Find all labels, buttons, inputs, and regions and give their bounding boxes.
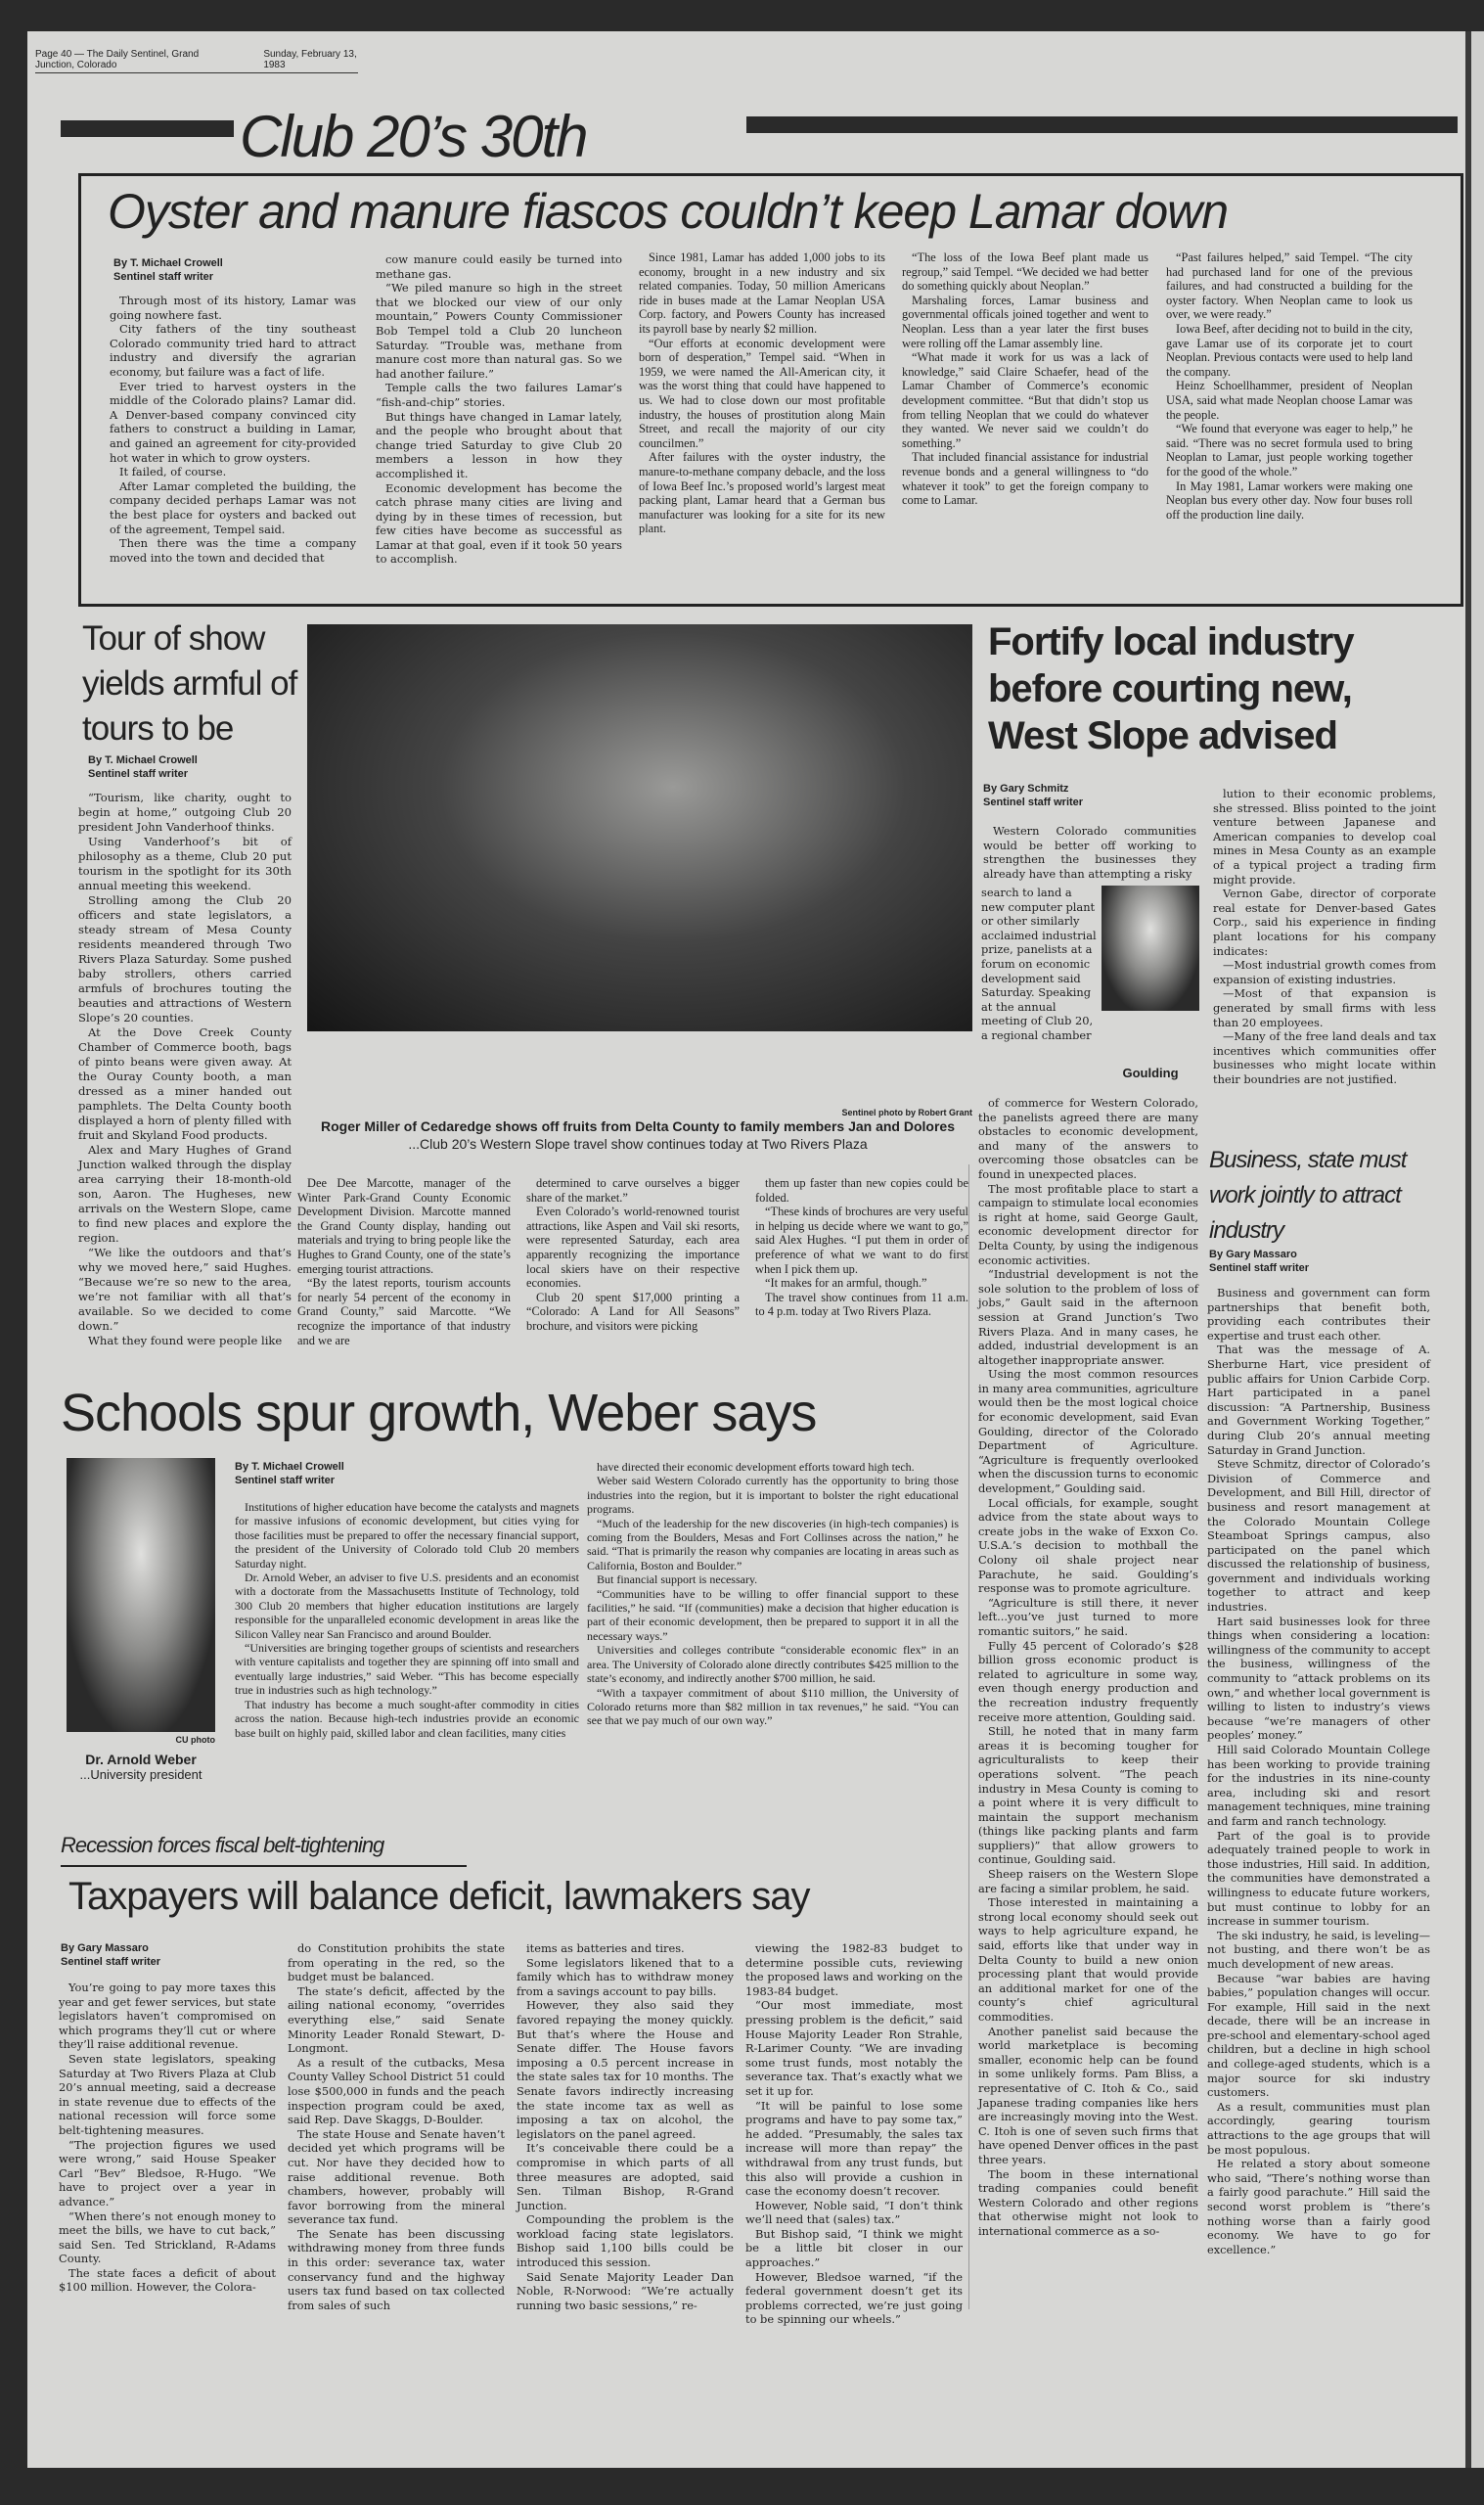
paragraph: Local officials, for example, sought adv… bbox=[978, 1496, 1198, 1596]
paragraph: “Agriculture is still there, it never le… bbox=[978, 1596, 1198, 1639]
taxpayers-kicker: Recession forces fiscal belt-tightening bbox=[61, 1832, 383, 1859]
paragraph: them up faster than new copies could be … bbox=[755, 1176, 968, 1205]
section-title: Club 20’s 30th bbox=[240, 108, 587, 166]
fortify-headline: Fortify local industry before courting n… bbox=[988, 618, 1448, 759]
paragraph: But Bishop said, “I think we might be a … bbox=[745, 2227, 963, 2270]
paragraph: That industry has become a much sought-a… bbox=[235, 1698, 579, 1740]
paragraph: —Most industrial growth comes from expan… bbox=[1213, 958, 1436, 986]
paragraph: Dee Dee Marcotte, manager of the Winter … bbox=[297, 1176, 511, 1276]
photo-subcaption: ...Club 20’s Western Slope travel show c… bbox=[303, 1136, 972, 1152]
lamar-column-4: “The loss of the Iowa Beef plant made us… bbox=[902, 250, 1148, 508]
paragraph: The Senate has been discussing withdrawi… bbox=[288, 2227, 505, 2313]
portrait-caption: Goulding bbox=[1105, 1067, 1195, 1080]
paragraph: Fully 45 percent of Colorado’s $28 billi… bbox=[978, 1639, 1198, 1725]
paragraph: He related a story about someone who sai… bbox=[1207, 2157, 1430, 2256]
paragraph: After Lamar completed the building, the … bbox=[110, 479, 356, 536]
paragraph: Because “war babies are having babies,” … bbox=[1207, 1972, 1430, 2100]
business-headline: Business, state must work jointly to att… bbox=[1209, 1143, 1440, 1249]
paragraph: —Many of the free land deals and tax inc… bbox=[1213, 1029, 1436, 1086]
paragraph: Economic development has become the catc… bbox=[376, 481, 622, 568]
schools-headline: Schools spur growth, Weber says bbox=[61, 1385, 970, 1441]
paragraph: “Past failures helped,” said Tempel. “Th… bbox=[1166, 250, 1413, 322]
lamar-column-3: Since 1981, Lamar has added 1,000 jobs t… bbox=[639, 250, 885, 536]
paragraph: However, Bledsoe warned, “if the federal… bbox=[745, 2270, 963, 2327]
paragraph: Ever tried to harvest oysters in the mid… bbox=[110, 380, 356, 466]
paragraph: Universities and colleges contribute “co… bbox=[587, 1643, 959, 1685]
fortify-column-2: lution to their economic problems, she s… bbox=[1213, 787, 1436, 1086]
paragraph: City fathers of the tiny southeast Color… bbox=[110, 322, 356, 379]
caption-title: ...University president bbox=[67, 1767, 215, 1782]
paragraph: “These kinds of brochures are very usefu… bbox=[755, 1205, 968, 1276]
paragraph: “Universities are bringing together grou… bbox=[235, 1641, 579, 1698]
paragraph: “Our efforts at economic development wer… bbox=[639, 337, 885, 451]
paragraph: Part of the goal is to provide adequatel… bbox=[1207, 1829, 1430, 1929]
goulding-portrait bbox=[1102, 886, 1199, 1011]
page-masthead: Page 40 — The Daily Sentinel, Grand Junc… bbox=[35, 49, 358, 73]
paragraph: “When there’s not enough money to meet t… bbox=[59, 2209, 276, 2266]
travel-show-photo bbox=[307, 624, 972, 1031]
lamar-column-5: “Past failures helped,” said Tempel. “Th… bbox=[1166, 250, 1413, 522]
paragraph: At the Dove Creek County Chamber of Comm… bbox=[78, 1025, 292, 1143]
paragraph: As a result of the cutbacks, Mesa County… bbox=[288, 2056, 505, 2127]
tour-left-column: “Tourism, like charity, ought to begin a… bbox=[78, 791, 292, 1348]
paragraph: “We found that everyone was eager to hel… bbox=[1166, 422, 1413, 478]
fortify-column-1: of commerce for Western Colorado, the pa… bbox=[978, 1096, 1198, 2239]
paragraph: Since 1981, Lamar has added 1,000 jobs t… bbox=[639, 250, 885, 337]
tour-headline: Tour of show yields armful of tours to b… bbox=[82, 616, 297, 751]
byline-role: Sentinel staff writer bbox=[61, 1955, 276, 1969]
paragraph: —Most of that expansion is generated by … bbox=[1213, 986, 1436, 1029]
taxpayers-byline: By Gary Massaro Sentinel staff writer bbox=[61, 1941, 276, 1969]
section-rule-left bbox=[61, 120, 234, 137]
paragraph: The boom in these international trading … bbox=[978, 2167, 1198, 2239]
paragraph: Hill said Colorado Mountain College has … bbox=[1207, 1743, 1430, 1829]
paragraph: You’re going to pay more taxes this year… bbox=[59, 1981, 276, 2052]
paragraph: In May 1981, Lamar workers were making o… bbox=[1166, 479, 1413, 523]
paragraph: Dr. Arnold Weber, an adviser to five U.S… bbox=[235, 1571, 579, 1641]
paragraph: However, they also said they favored rep… bbox=[517, 1998, 734, 2141]
paragraph: Compounding the problem is the workload … bbox=[517, 2212, 734, 2269]
paragraph: “Communities have to be willing to offer… bbox=[587, 1587, 959, 1644]
weber-portrait bbox=[67, 1458, 215, 1732]
byline-role: Sentinel staff writer bbox=[983, 796, 1198, 809]
adjacent-page-edge bbox=[1465, 31, 1484, 2468]
paragraph: Alex and Mary Hughes of Grand Junction w… bbox=[78, 1143, 292, 1246]
paragraph: Weber said Western Colorado currently ha… bbox=[587, 1474, 959, 1516]
paragraph: Temple calls the two failures Lamar’s “f… bbox=[376, 381, 622, 409]
taxpayers-headline: Taxpayers will balance deficit, lawmaker… bbox=[68, 1874, 968, 1919]
paragraph: cow manure could easily be turned into m… bbox=[376, 252, 622, 281]
paragraph: “It makes for an armful, though.” bbox=[755, 1276, 968, 1291]
taxpayers-column-1: You’re going to pay more taxes this year… bbox=[59, 1981, 276, 2295]
paragraph: The most profitable place to start a cam… bbox=[978, 1182, 1198, 1268]
kicker-rule bbox=[61, 1865, 467, 1867]
paragraph: “Industrial development is not the sole … bbox=[978, 1267, 1198, 1367]
column-divider bbox=[968, 1164, 969, 2309]
paragraph: Those interested in maintaining a strong… bbox=[978, 1895, 1198, 2024]
photo-caption: Roger Miller of Cedaredge shows off frui… bbox=[303, 1118, 972, 1134]
issue-date: Sunday, February 13, 1983 bbox=[263, 49, 358, 70]
paragraph: Another panelist said because the world … bbox=[978, 2025, 1198, 2167]
paragraph: “We piled manure so high in the street t… bbox=[376, 281, 622, 381]
taxpayers-column-3: items as batteries and tires.Some legisl… bbox=[517, 1941, 734, 2312]
paragraph: The travel show continues from 11 a.m. t… bbox=[755, 1291, 968, 1319]
tour-byline: By T. Michael Crowell Sentinel staff wri… bbox=[88, 753, 293, 781]
paragraph: Said Senate Majority Leader Dan Noble, R… bbox=[517, 2270, 734, 2313]
fortify-column-1-wrap: search to land a new computer plant or o… bbox=[981, 886, 1097, 1043]
paragraph: “It will be painful to lose some program… bbox=[745, 2099, 963, 2199]
taxpayers-column-2: do Constitution prohibits the state from… bbox=[288, 1941, 505, 2312]
paragraph: Western Colorado communities would be be… bbox=[983, 824, 1196, 881]
fortify-column-1-top: Western Colorado communities would be be… bbox=[983, 824, 1196, 881]
tour-column-4: them up faster than new copies could be … bbox=[755, 1176, 968, 1319]
paragraph: Using Vanderhoof’s bit of philosophy as … bbox=[78, 835, 292, 893]
paragraph: After failures with the oyster industry,… bbox=[639, 450, 885, 536]
paragraph: Hart said businesses look for three thin… bbox=[1207, 1615, 1430, 1743]
byline-role: Sentinel staff writer bbox=[113, 270, 353, 284]
paragraph: “With a taxpayer commitment of about $11… bbox=[587, 1686, 959, 1728]
paragraph: Club 20 spent $17,000 printing a “Colora… bbox=[526, 1291, 740, 1334]
lamar-column-1: Through most of its history, Lamar was g… bbox=[110, 294, 356, 565]
paragraph: Institutions of higher education have be… bbox=[235, 1500, 579, 1571]
paragraph: But things have changed in Lamar lately,… bbox=[376, 410, 622, 481]
taxpayers-column-4: viewing the 1982-83 budget to determine … bbox=[745, 1941, 963, 2327]
byline-role: Sentinel staff writer bbox=[1209, 1261, 1424, 1275]
paragraph: The state House and Senate haven’t decid… bbox=[288, 2127, 505, 2227]
paragraph: That was the message of A. Sherburne Har… bbox=[1207, 1343, 1430, 1457]
tour-column-2: Dee Dee Marcotte, manager of the Winter … bbox=[297, 1176, 511, 1347]
paragraph: do Constitution prohibits the state from… bbox=[288, 1941, 505, 1984]
schools-byline: By T. Michael Crowell Sentinel staff wri… bbox=[235, 1460, 450, 1487]
paragraph: Strolling among the Club 20 officers and… bbox=[78, 893, 292, 1025]
section-rule-right bbox=[746, 116, 1458, 133]
paragraph: Some legislators likened that to a famil… bbox=[517, 1956, 734, 1999]
paragraph: Iowa Beef, after deciding not to build i… bbox=[1166, 322, 1413, 379]
paragraph: viewing the 1982-83 budget to determine … bbox=[745, 1941, 963, 1998]
photo-credit: Sentinel photo by Robert Grant bbox=[685, 1108, 972, 1117]
publication-line: Page 40 — The Daily Sentinel, Grand Junc… bbox=[35, 49, 234, 70]
paragraph: “The loss of the Iowa Beef plant made us… bbox=[902, 250, 1148, 294]
byline-name: By T. Michael Crowell bbox=[88, 753, 293, 767]
schools-column-1: Institutions of higher education have be… bbox=[235, 1500, 579, 1740]
tour-column-3: determined to carve ourselves a bigger s… bbox=[526, 1176, 740, 1334]
byline-name: By T. Michael Crowell bbox=[113, 256, 353, 270]
paragraph: It’s conceivable there could be a compro… bbox=[517, 2141, 734, 2212]
paragraph: determined to carve ourselves a bigger s… bbox=[526, 1176, 740, 1205]
business-byline: By Gary Massaro Sentinel staff writer bbox=[1209, 1248, 1424, 1275]
business-column: Business and government can form partner… bbox=[1207, 1286, 1430, 2256]
schools-column-2: have directed their economic development… bbox=[587, 1460, 959, 1728]
paragraph: Heinz Schoellhammer, president of Neopla… bbox=[1166, 379, 1413, 422]
paragraph: Then there was the time a company moved … bbox=[110, 536, 356, 565]
paragraph: It failed, of course. bbox=[110, 465, 356, 479]
byline-name: By Gary Massaro bbox=[61, 1941, 276, 1955]
paragraph: But financial support is necessary. bbox=[587, 1572, 959, 1586]
paragraph: Seven state legislators, speaking Saturd… bbox=[59, 2052, 276, 2138]
paragraph: lution to their economic problems, she s… bbox=[1213, 787, 1436, 887]
weber-caption: Dr. Arnold Weber ...University president bbox=[67, 1752, 215, 1782]
paragraph: That included financial assistance for i… bbox=[902, 450, 1148, 507]
paragraph: items as batteries and tires. bbox=[517, 1941, 734, 1956]
paragraph: Sheep raisers on the Western Slope are f… bbox=[978, 1867, 1198, 1895]
paragraph: “Much of the leadership for the new disc… bbox=[587, 1517, 959, 1573]
paragraph: The ski industry, he said, is leveling—n… bbox=[1207, 1929, 1430, 1972]
lamar-column-2: cow manure could easily be turned into m… bbox=[376, 252, 622, 567]
paragraph: “The projection figures we used were wro… bbox=[59, 2138, 276, 2209]
paragraph: “By the latest reports, tourism accounts… bbox=[297, 1276, 511, 1347]
paragraph: “What made it work for us was a lack of … bbox=[902, 350, 1148, 450]
caption-name: Dr. Arnold Weber bbox=[67, 1752, 215, 1767]
paragraph: The state’s deficit, affected by the ail… bbox=[288, 1984, 505, 2056]
lamar-headline: Oyster and manure fiascos couldn’t keep … bbox=[108, 184, 1228, 239]
paragraph: Through most of its history, Lamar was g… bbox=[110, 294, 356, 322]
paragraph: “Our most immediate, most pressing probl… bbox=[745, 1998, 963, 2098]
paragraph: “Tourism, like charity, ought to begin a… bbox=[78, 791, 292, 835]
paragraph: The state faces a deficit of about $100 … bbox=[59, 2266, 276, 2295]
paragraph: What they found were people like bbox=[78, 1334, 292, 1348]
photo-credit: CU photo bbox=[147, 1735, 215, 1745]
paragraph: Even Colorado’s world-renowned tourist a… bbox=[526, 1205, 740, 1291]
byline-name: By T. Michael Crowell bbox=[235, 1460, 450, 1474]
paragraph: Vernon Gabe, director of corporate real … bbox=[1213, 887, 1436, 958]
paragraph: As a result, communities must plan accor… bbox=[1207, 2100, 1430, 2157]
paragraph: Still, he noted that in many farm areas … bbox=[978, 1724, 1198, 1867]
paragraph: Marshaling forces, Lamar business and go… bbox=[902, 294, 1148, 350]
paragraph: Using the most common resources in many … bbox=[978, 1367, 1198, 1495]
paragraph: “We like the outdoors and that’s why we … bbox=[78, 1246, 292, 1334]
fortify-byline: By Gary Schmitz Sentinel staff writer bbox=[983, 782, 1198, 809]
byline-name: By Gary Massaro bbox=[1209, 1248, 1424, 1261]
paragraph: However, Noble said, “I don’t think we’l… bbox=[745, 2199, 963, 2227]
byline-name: By Gary Schmitz bbox=[983, 782, 1198, 796]
byline-role: Sentinel staff writer bbox=[88, 767, 293, 781]
paragraph: of commerce for Western Colorado, the pa… bbox=[978, 1096, 1198, 1182]
byline-role: Sentinel staff writer bbox=[235, 1474, 450, 1487]
paragraph: have directed their economic development… bbox=[587, 1460, 959, 1474]
lamar-byline: By T. Michael Crowell Sentinel staff wri… bbox=[113, 256, 353, 284]
paragraph: Business and government can form partner… bbox=[1207, 1286, 1430, 1343]
paragraph: Steve Schmitz, director of Colorado’s Di… bbox=[1207, 1457, 1430, 1615]
